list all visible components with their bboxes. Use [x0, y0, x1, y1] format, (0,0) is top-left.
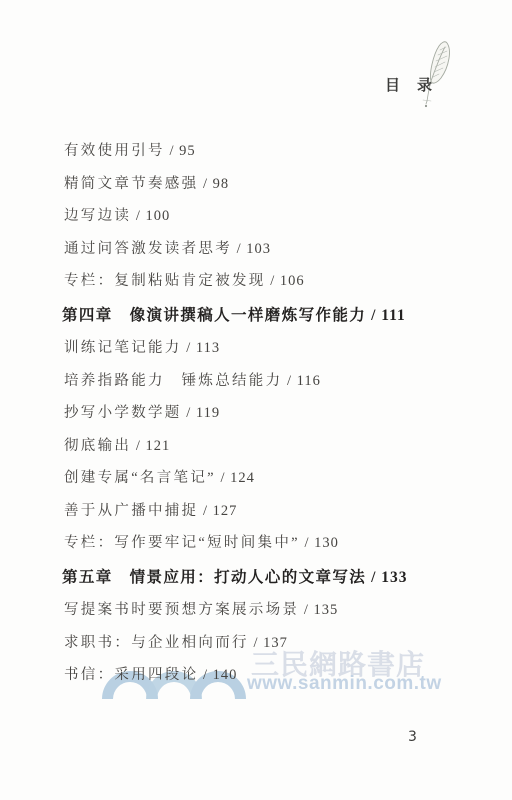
toc-entry-label: 第四章 像演讲撰稿人一样磨炼写作能力	[62, 307, 366, 324]
toc-entry-page: / 127	[198, 503, 237, 519]
toc-entry-label: 书信：采用四段论	[64, 667, 198, 683]
toc-entry-page: / 124	[216, 470, 255, 486]
toc-entry-label: 培养指路能力 锤炼总结能力	[64, 373, 282, 389]
toc-entry-label: 专栏：复制粘贴肯定被发现	[64, 273, 266, 289]
toc-chapter-row: 第四章 像演讲撰稿人一样磨炼写作能力 / 111	[62, 307, 504, 324]
toc-entry-row: 有效使用引号 / 95	[64, 144, 504, 159]
toc-entry-row: 写提案书时要预想方案展示场景 / 135	[64, 603, 504, 618]
toc-entry-row: 通过问答激发读者思考 / 103	[64, 242, 504, 257]
toc-entry-label: 专栏：写作要牢记“短时间集中”	[64, 535, 300, 551]
toc-entry-row: 边写边读 / 100	[64, 209, 504, 224]
toc-entry-page: / 119	[182, 405, 221, 421]
toc-entry-label: 写提案书时要预想方案展示场景	[64, 602, 299, 618]
toc-entry-row: 训练记笔记能力 / 113	[64, 341, 504, 356]
toc-entry-label: 有效使用引号	[64, 143, 165, 159]
toc-entry-page: / 98	[198, 176, 229, 192]
toc-list: 有效使用引号 / 95精简文章节奏感强 / 98边写边读 / 100通过问答激发…	[64, 144, 504, 701]
toc-entry-row: 专栏：写作要牢记“短时间集中” / 130	[64, 536, 504, 551]
toc-entry-page: / 137	[249, 635, 288, 651]
toc-entry-label: 精简文章节奏感强	[64, 176, 198, 192]
toc-entry-label: 边写边读	[64, 208, 131, 224]
toc-entry-row: 书信：采用四段论 / 140	[64, 668, 504, 683]
toc-entry-page: / 111	[366, 307, 406, 324]
toc-entry-page: / 100	[131, 208, 170, 224]
toc-entry-row: 专栏：复制粘贴肯定被发现 / 106	[64, 274, 504, 289]
toc-entry-page: / 130	[300, 535, 339, 551]
toc-entry-row: 创建专属“名言笔记” / 124	[64, 471, 504, 486]
toc-entry-row: 精简文章节奏感强 / 98	[64, 177, 504, 192]
toc-entry-row: 求职书：与企业相向而行 / 137	[64, 636, 504, 651]
toc-entry-page: / 116	[282, 373, 321, 389]
toc-entry-page: / 106	[266, 273, 305, 289]
toc-entry-row: 善于从广播中捕捉 / 127	[64, 504, 504, 519]
toc-entry-row: 彻底输出 / 121	[64, 439, 504, 454]
toc-entry-label: 训练记笔记能力	[64, 340, 182, 356]
page-number: 3	[408, 729, 417, 745]
toc-entry-label: 求职书：与企业相向而行	[64, 635, 249, 651]
toc-entry-label: 创建专属“名言笔记”	[64, 470, 216, 486]
toc-entry-page: / 113	[182, 340, 221, 356]
toc-entry-page: / 133	[366, 569, 407, 586]
toc-page: 三民網路書店 www.sanmin.com.tw 目 录 有效使用引号 / 95…	[0, 0, 512, 800]
toc-chapter-row: 第五章 情景应用：打动人心的文章写法 / 133	[62, 569, 504, 586]
toc-entry-page: / 95	[165, 143, 196, 159]
toc-entry-page: / 140	[198, 667, 237, 683]
toc-entry-label: 通过问答激发读者思考	[64, 241, 232, 257]
toc-entry-page: / 135	[299, 602, 338, 618]
toc-entry-label: 第五章 情景应用：打动人心的文章写法	[62, 569, 366, 586]
toc-entry-row: 培养指路能力 锤炼总结能力 / 116	[64, 374, 504, 389]
toc-entry-page: / 103	[232, 241, 271, 257]
toc-entry-row: 抄写小学数学题 / 119	[64, 406, 504, 421]
toc-entry-page: / 121	[131, 438, 170, 454]
page-title: 目 录	[385, 74, 433, 95]
toc-entry-label: 善于从广播中捕捉	[64, 503, 198, 519]
toc-entry-label: 彻底输出	[64, 438, 131, 454]
toc-entry-label: 抄写小学数学题	[64, 405, 182, 421]
